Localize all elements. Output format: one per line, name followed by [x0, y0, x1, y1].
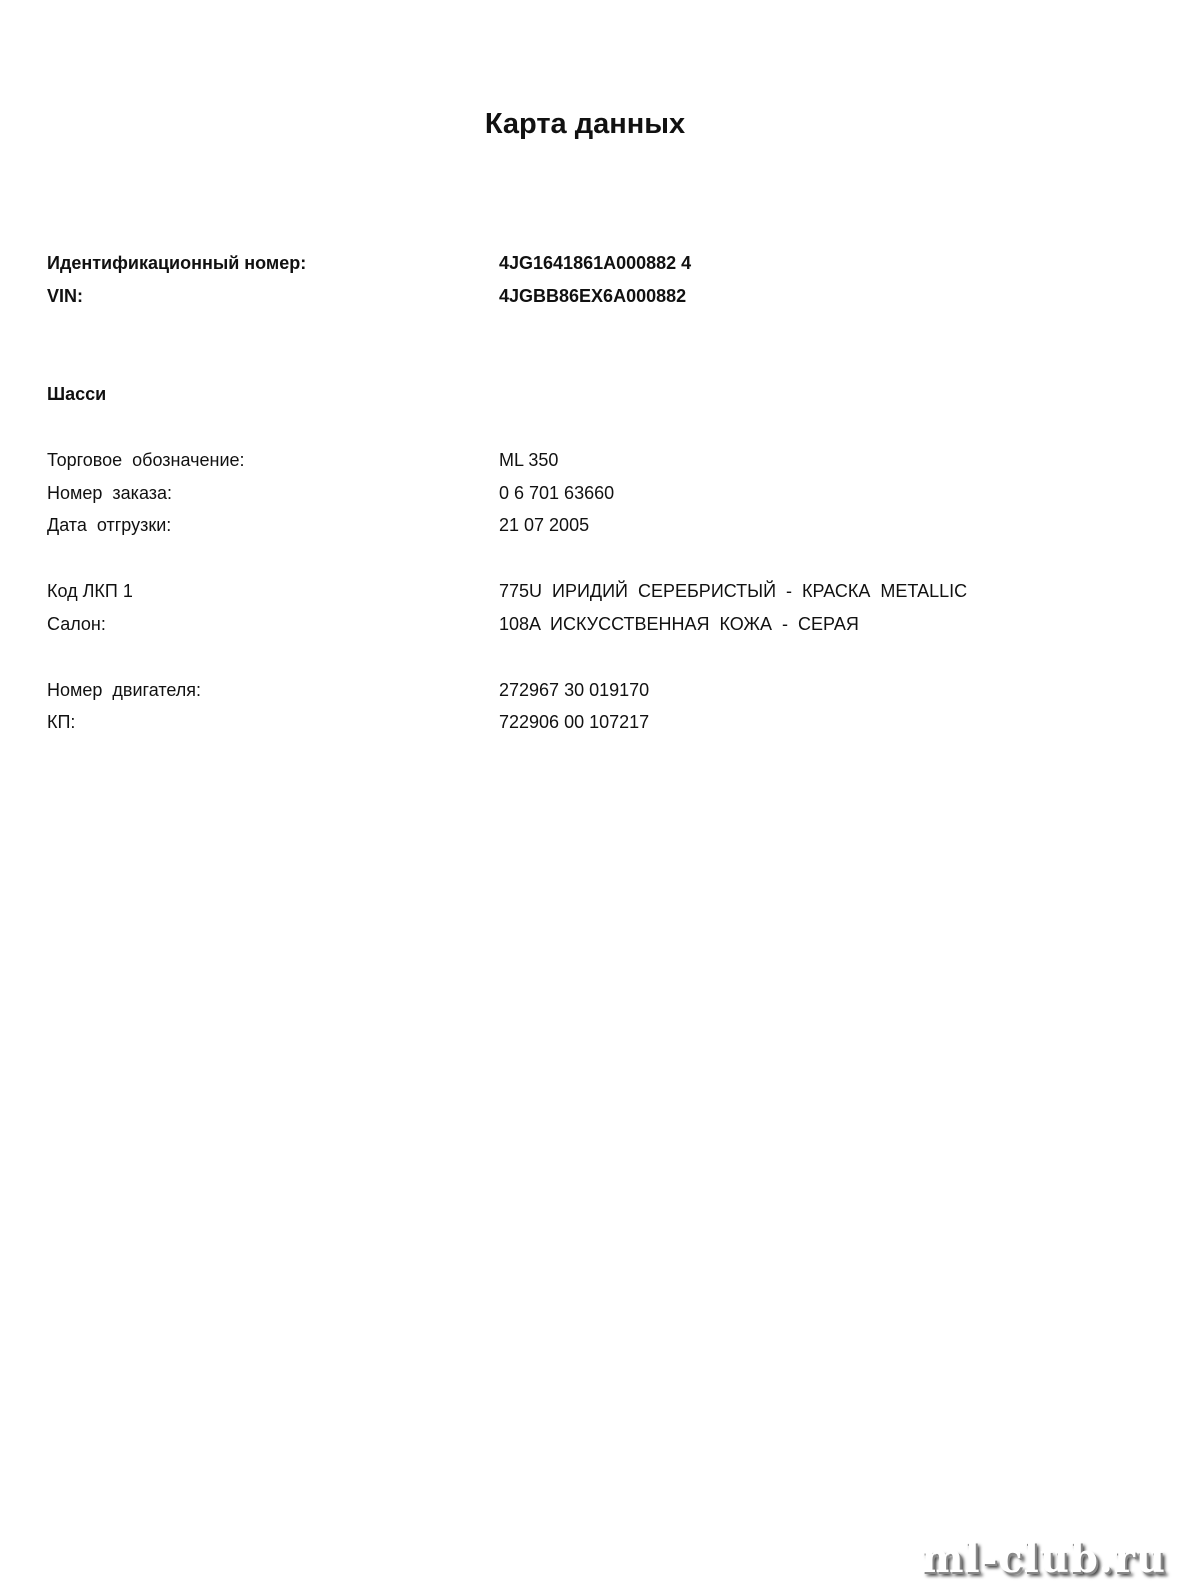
identification-number-label: Идентификационный номер:: [47, 253, 306, 274]
shipping-date-label: Дата отгрузки:: [47, 515, 171, 536]
transmission-value: 722906 00 107217: [499, 712, 649, 733]
order-number-value: 0 6 701 63660: [499, 483, 614, 504]
trade-designation-value: ML 350: [499, 450, 558, 471]
shipping-date-value: 21 07 2005: [499, 515, 589, 536]
paint-code-label: Код ЛКП 1: [47, 581, 133, 602]
engine-number-label: Номер двигателя:: [47, 680, 201, 701]
vin-value: 4JGBB86EX6A000882: [499, 286, 686, 307]
vin-label: VIN:: [47, 286, 83, 307]
interior-label: Салон:: [47, 614, 106, 635]
paint-code-value: 775U ИРИДИЙ СЕРЕБРИСТЫЙ - КРАСКА METALLI…: [499, 581, 967, 602]
transmission-label: КП:: [47, 712, 75, 733]
order-number-label: Номер заказа:: [47, 483, 172, 504]
interior-value: 108A ИСКУССТВЕННАЯ КОЖА - СЕРАЯ: [499, 614, 859, 635]
watermark: ml-club.ru: [921, 1535, 1166, 1582]
engine-number-value: 272967 30 019170: [499, 680, 649, 701]
trade-designation-label: Торговое обозначение:: [47, 450, 245, 471]
identification-number-value: 4JG1641861A000882 4: [499, 253, 691, 274]
page-title: Карта данных: [0, 108, 1170, 141]
section-title-chassis: Шасси: [47, 384, 106, 405]
